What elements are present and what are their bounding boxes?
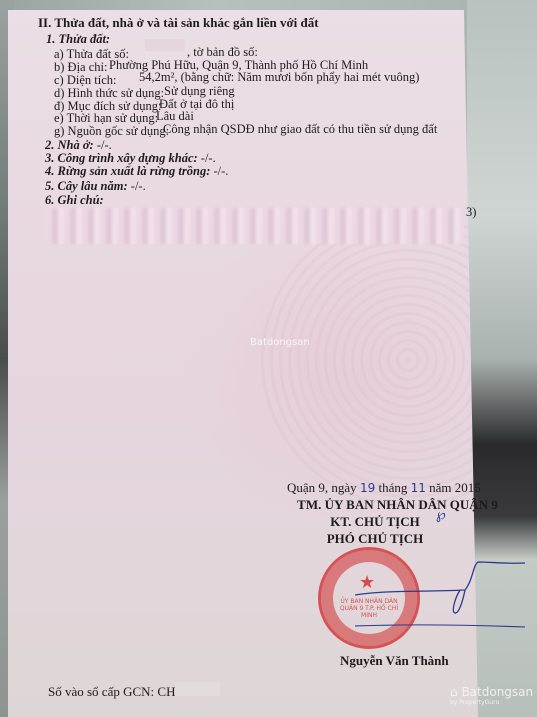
origin-value: Công nhận QSDĐ như giao đất có thu tiền … [163, 122, 437, 137]
area-value: 54,2m², (bằng chữ: Năm mươi bốn phẩy hai… [139, 70, 419, 85]
watermark-logo-icon: ⌂ [450, 685, 458, 699]
land-plot-title: 1. Thửa đất: [46, 32, 110, 47]
notes-trailing-text: 3) [466, 205, 476, 220]
other-construction-label: 3. Công trình xây dựng khác: [45, 151, 198, 165]
redacted-register-number [175, 682, 220, 696]
year-label: năm [429, 480, 451, 495]
date-year: 2015 [455, 480, 481, 495]
notes-label: 6. Ghi chú: [45, 193, 104, 208]
production-forest-value: -/-. [214, 164, 229, 178]
redacted-notes [46, 208, 464, 244]
month-label: tháng [378, 480, 407, 495]
date-prefix: Quận 9, ngày [287, 480, 357, 495]
perennial-trees-label: 5. Cây lâu năm: [45, 179, 128, 193]
on-behalf-of: KT. CHỦ TỊCH [290, 514, 460, 529]
initials-scribble: ℘ [436, 507, 446, 523]
perennial-trees-value: -/-. [131, 179, 146, 193]
section-heading: II. Thửa đất, nhà ở và tài sản khác gắn … [38, 15, 319, 30]
date-day: 19 [360, 481, 375, 495]
signing-date: Quận 9, ngày 19 tháng 11 năm 2015 [287, 480, 481, 496]
signer-position: PHÓ CHỦ TỊCH [290, 531, 460, 546]
watermark-corner: ⌂ Batdongsan by PropertyGuru [450, 685, 533, 706]
origin-label: g) Nguồn gốc sử dụng: [54, 124, 169, 139]
house-label: 2. Nhà ở: [45, 138, 94, 152]
house-value: -/-. [97, 138, 112, 152]
signer-name: Nguyễn Văn Thành [340, 653, 449, 668]
document-content: II. Thửa đất, nhà ở và tài sản khác gắn … [0, 0, 537, 717]
watermark-brand: Batdongsan [461, 685, 533, 699]
date-month: 11 [411, 481, 426, 495]
issuing-authority: TM. ỦY BAN NHÂN DÂN QUẬN 9 [290, 497, 505, 512]
production-forest-label: 4. Rừng sản xuất là rừng trồng: [45, 164, 210, 178]
watermark-sub: by PropertyGuru [450, 699, 533, 706]
other-construction-value: -/-. [201, 151, 216, 165]
certificate-register: Số vào sổ cấp GCN: CH [48, 684, 175, 699]
watermark-center: Batdongsan [250, 337, 310, 348]
redacted-plot-number [145, 39, 185, 51]
signature-scribble [355, 560, 525, 630]
